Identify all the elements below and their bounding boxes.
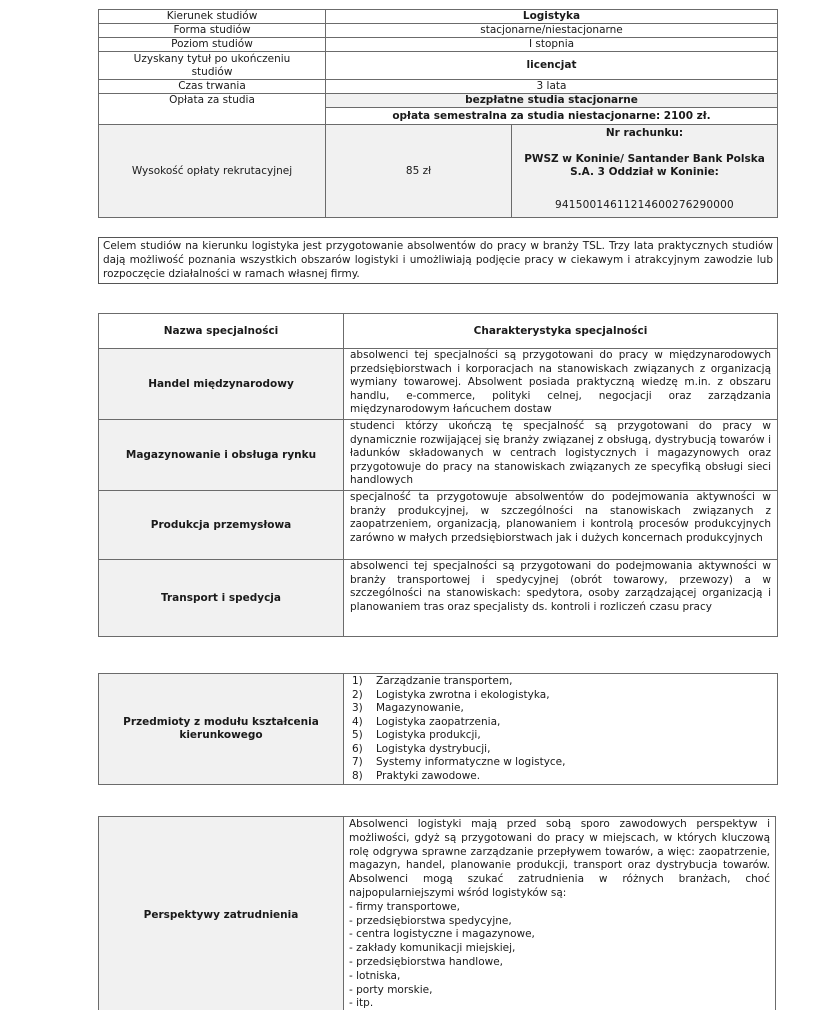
info-value: stacjonarne/niestacjonarne (326, 24, 778, 38)
info-value: I stopnia (326, 38, 778, 52)
specialization-desc: absolwenci tej specjalności są przygotow… (344, 349, 778, 420)
perspective-item: - przedsiębiorstwa spedycyjne, (349, 915, 770, 929)
recruitment-label: Wysokość opłaty rekrutacyjnej (99, 125, 326, 218)
modules-list-cell: 1)Zarządzanie transportem, 2)Logistyka z… (344, 674, 778, 785)
module-item: 2)Logistyka zwrotna i ekologistyka, (352, 689, 773, 703)
module-item: 7)Systemy informatyczne w logistyce, (352, 756, 773, 770)
fee-nonstationary: opłata semestralna za studia niestacjona… (326, 108, 778, 125)
module-number: 6) (352, 743, 376, 757)
fee-stationary: bezpłatne studia stacjonarne (326, 94, 778, 108)
info-label: Uzyskany tytuł po ukończeniu studiów (99, 52, 326, 80)
module-text: Systemy informatyczne w logistyce, (376, 756, 565, 768)
perspective-item: - przedsiębiorstwa handlowe, (349, 956, 770, 970)
perspectives-list: - firmy transportowe, - przedsiębiorstwa… (349, 901, 770, 1010)
module-number: 2) (352, 689, 376, 703)
bank-account-cell: Nr rachunku: PWSZ w Koninie/ Santander B… (512, 125, 778, 218)
account-heading: Nr rachunku: (520, 127, 769, 140)
specialization-row: Produkcja przemysłowa specjalność ta prz… (99, 491, 778, 560)
info-row: Uzyskany tytuł po ukończeniu studiów lic… (99, 52, 778, 80)
specializations-header-row: Nazwa specjalności Charakterystyka specj… (99, 314, 778, 349)
modules-row: Przedmioty z modułu kształcenia kierunko… (99, 674, 778, 785)
module-number: 3) (352, 702, 376, 716)
info-label: Forma studiów (99, 24, 326, 38)
info-row: Poziom studiów I stopnia (99, 38, 778, 52)
specialization-desc: studenci którzy ukończą tę specjalność s… (344, 420, 778, 491)
specialization-desc: absolwenci tej specjalności są przygotow… (344, 560, 778, 637)
fee-label: Opłata za studia (99, 94, 326, 125)
modules-label: Przedmioty z modułu kształcenia kierunko… (99, 674, 344, 785)
specialization-row: Handel międzynarodowy absolwenci tej spe… (99, 349, 778, 420)
modules-table: Przedmioty z modułu kształcenia kierunko… (98, 673, 778, 785)
header-name: Nazwa specjalności (99, 314, 344, 349)
module-text: Logistyka zwrotna i ekologistyka, (376, 689, 550, 701)
module-number: 5) (352, 729, 376, 743)
specialization-name: Handel międzynarodowy (99, 349, 344, 420)
perspectives-table: Perspektywy zatrudnienia Absolwenci logi… (98, 816, 776, 1010)
module-text: Logistyka dystrybucji, (376, 743, 490, 755)
info-row: Kierunek studiów Logistyka (99, 10, 778, 24)
module-item: 5)Logistyka produkcji, (352, 729, 773, 743)
bank-name: PWSZ w Koninie/ Santander Bank Polska S.… (520, 153, 769, 179)
module-number: 1) (352, 675, 376, 689)
perspective-item: - centra logistyczne i magazynowe, (349, 928, 770, 942)
specialization-row: Transport i spedycja absolwenci tej spec… (99, 560, 778, 637)
modules-list: 1)Zarządzanie transportem, 2)Logistyka z… (348, 675, 773, 783)
perspectives-label: Perspektywy zatrudnienia (99, 817, 344, 1010)
perspective-item: - porty morskie, (349, 984, 770, 998)
recruitment-amount: 85 zł (326, 125, 512, 218)
module-text: Magazynowanie, (376, 702, 464, 714)
module-number: 8) (352, 770, 376, 784)
perspective-item: - itp. (349, 997, 770, 1010)
specialization-desc: specjalność ta przygotowuje absolwentów … (344, 491, 778, 560)
specialization-name: Magazynowanie i obsługa rynku (99, 420, 344, 491)
specialization-name: Transport i spedycja (99, 560, 344, 637)
module-item: 4)Logistyka zaopatrzenia, (352, 716, 773, 730)
perspectives-cell: Absolwenci logistyki mają przed sobą spo… (344, 817, 776, 1010)
module-item: 8)Praktyki zawodowe. (352, 770, 773, 784)
info-label: Poziom studiów (99, 38, 326, 52)
info-label: Kierunek studiów (99, 10, 326, 24)
module-number: 7) (352, 756, 376, 770)
study-goal-box: Celem studiów na kierunku logistyka jest… (98, 237, 778, 284)
info-row: Czas trwania 3 lata (99, 80, 778, 94)
module-text: Logistyka zaopatrzenia, (376, 716, 500, 728)
recruitment-row: Wysokość opłaty rekrutacyjnej 85 zł Nr r… (99, 125, 778, 218)
specialization-name: Produkcja przemysłowa (99, 491, 344, 560)
module-text: Praktyki zawodowe. (376, 770, 480, 782)
specialization-row: Magazynowanie i obsługa rynku studenci k… (99, 420, 778, 491)
info-row: Forma studiów stacjonarne/niestacjonarne (99, 24, 778, 38)
perspective-item: - firmy transportowe, (349, 901, 770, 915)
specializations-table: Nazwa specjalności Charakterystyka specj… (98, 313, 778, 637)
info-value: licencjat (326, 52, 778, 80)
header-desc: Charakterystyka specjalności (344, 314, 778, 349)
info-value: Logistyka (326, 10, 778, 24)
module-item: 6)Logistyka dystrybucji, (352, 743, 773, 757)
account-number: 94150014611214600276290000 (520, 199, 769, 212)
perspective-item: - zakłady komunikacji miejskiej, (349, 942, 770, 956)
info-value: 3 lata (326, 80, 778, 94)
module-text: Zarządzanie transportem, (376, 675, 512, 687)
perspectives-intro: Absolwenci logistyki mają przed sobą spo… (349, 818, 770, 901)
fee-row: Opłata za studia bezpłatne studia stacjo… (99, 94, 778, 108)
perspectives-row: Perspektywy zatrudnienia Absolwenci logi… (99, 817, 776, 1010)
perspective-item: - lotniska, (349, 970, 770, 984)
module-item: 1)Zarządzanie transportem, (352, 675, 773, 689)
study-info-table: Kierunek studiów Logistyka Forma studiów… (98, 9, 778, 218)
module-item: 3)Magazynowanie, (352, 702, 773, 716)
module-text: Logistyka produkcji, (376, 729, 481, 741)
info-label: Czas trwania (99, 80, 326, 94)
module-number: 4) (352, 716, 376, 730)
